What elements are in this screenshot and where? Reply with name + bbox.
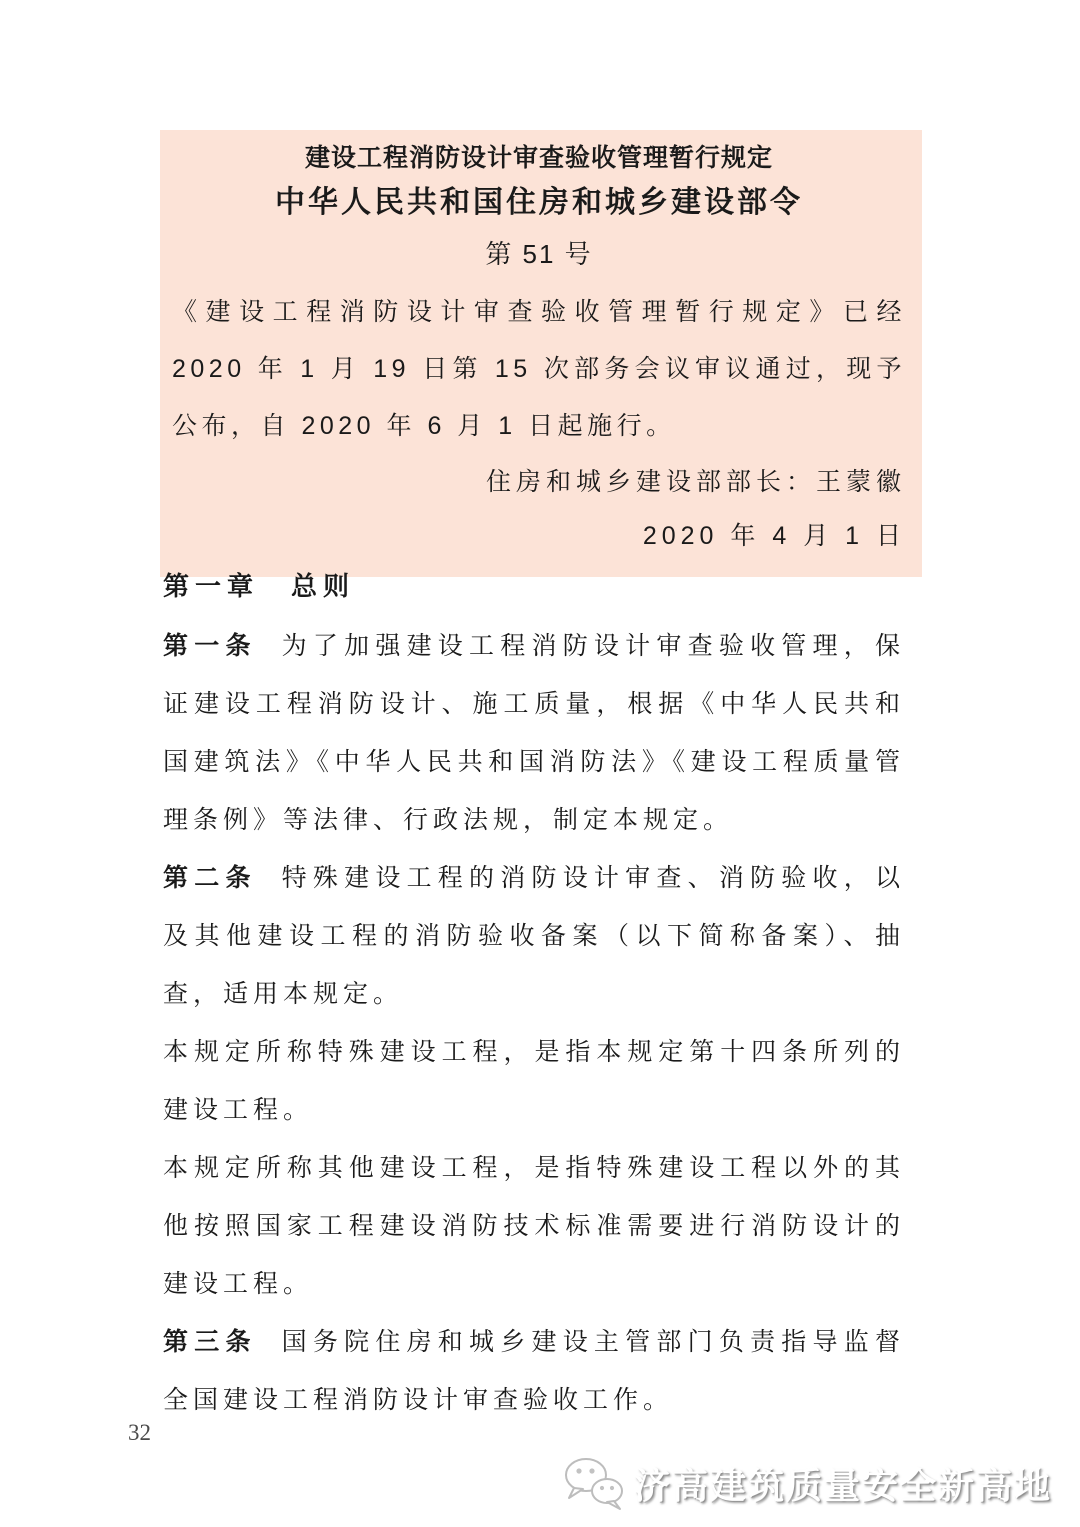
- announcement-paragraph: 《建设工程消防设计审查验收管理暂行规定》已经 2020 年 1 月 19 日第 …: [172, 284, 906, 455]
- notice-block: 建设工程消防设计审查验收管理暂行规定 中华人民共和国住房和城乡建设部令 第 51…: [160, 130, 922, 577]
- article-2-clause-3-text: 本规定所称其他建设工程，是指特殊建设工程以外的其他按照国家工程建设消防技术标准需…: [163, 1155, 905, 1298]
- ministry-order-title: 中华人民共和国住房和城乡建设部令: [172, 180, 906, 226]
- order-number: 第 51 号: [172, 232, 906, 276]
- article-2-paragraph: 第二条特殊建设工程的消防设计审查、消防验收，以及其他建设工程的消防验收备案（以下…: [163, 850, 905, 1024]
- article-1-label: 第一条: [163, 633, 282, 660]
- article-1-text: 为了加强建设工程消防设计审查验收管理，保证建设工程消防设计、施工质量，根据《中华…: [163, 633, 905, 834]
- article-3-paragraph: 第三条国务院住房和城乡建设主管部门负责指导监督全国建设工程消防设计审查验收工作。: [163, 1314, 905, 1430]
- regulation-body: 第一章 总则 第一条为了加强建设工程消防设计审查验收管理，保证建设工程消防设计、…: [163, 562, 905, 1430]
- wechat-icon: [562, 1455, 626, 1511]
- chapter-1-heading: 第一章 总则: [163, 562, 905, 612]
- regulation-title: 建设工程消防设计审查验收管理暂行规定: [172, 140, 906, 176]
- article-2-clause-3: 本规定所称其他建设工程，是指特殊建设工程以外的其他按照国家工程建设消防技术标准需…: [163, 1140, 905, 1314]
- article-1-paragraph: 第一条为了加强建设工程消防设计审查验收管理，保证建设工程消防设计、施工质量，根据…: [163, 618, 905, 850]
- article-2-clause-2: 本规定所称特殊建设工程，是指本规定第十四条所列的建设工程。: [163, 1024, 905, 1140]
- document-page: 建设工程消防设计审查验收管理暂行规定 中华人民共和国住房和城乡建设部令 第 51…: [0, 0, 1080, 1527]
- watermark: 济高建筑质量安全新高地: [562, 1455, 1052, 1511]
- article-2-clause-2-text: 本规定所称特殊建设工程，是指本规定第十四条所列的建设工程。: [163, 1039, 905, 1124]
- page-number: 32: [128, 1420, 151, 1446]
- signature-date: 2020 年 4 月 1 日: [172, 509, 906, 563]
- article-2-label: 第二条: [163, 865, 282, 892]
- watermark-text: 济高建筑质量安全新高地: [634, 1458, 1052, 1509]
- minister-signature: 住房和城乡建设部部长：王蒙徽: [172, 455, 906, 509]
- article-3-label: 第三条: [163, 1329, 282, 1356]
